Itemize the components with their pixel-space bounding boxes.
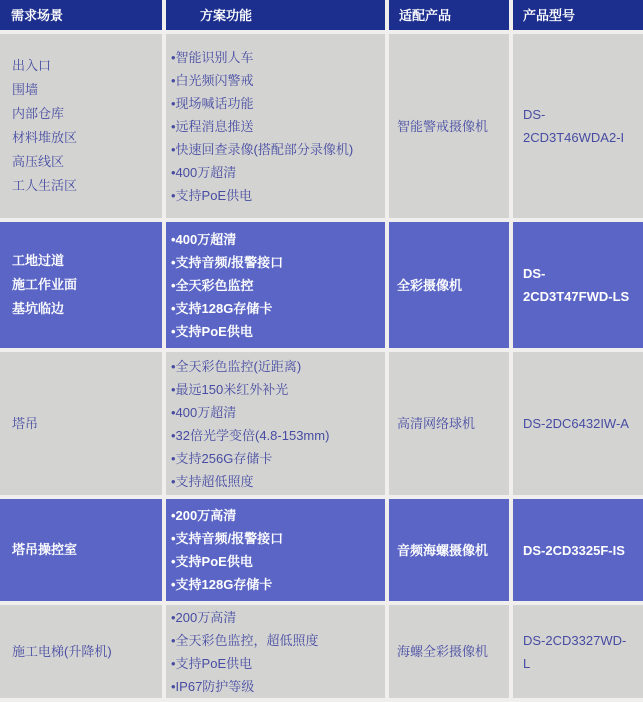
scenario-line: 材料堆放区 <box>12 126 162 150</box>
scenario-line: 高压线区 <box>12 150 162 174</box>
scenario-line: 施工作业面 <box>12 273 162 297</box>
scenario-line: 内部仓库 <box>12 102 162 126</box>
scenario-line: 出入口 <box>12 54 162 78</box>
scenario-list: 塔吊 <box>12 412 162 436</box>
feature-line: •全天彩色监控，超低照度 <box>171 629 385 652</box>
product-cell: 海螺全彩摄像机 <box>389 605 509 698</box>
model-cell: DS-2CD3327WD-L <box>513 605 643 698</box>
feature-list: •400万超清•支持音频/报警接口•全天彩色监控•支持128G存储卡•支持PoE… <box>171 228 385 343</box>
model-cell: DS-2DC6432IW-A <box>513 352 643 495</box>
scenario-list: 工地过道施工作业面基坑临边 <box>12 249 162 321</box>
feature-line: •支持PoE供电 <box>171 550 385 573</box>
scenario-cell: 出入口围墙内部仓库材料堆放区高压线区工人生活区 <box>0 34 162 218</box>
scenario-cell: 塔吊 <box>0 352 162 495</box>
feature-line: •400万超清 <box>171 161 385 184</box>
scenario-line: 围墙 <box>12 78 162 102</box>
camera-solution-table-page: 需求场景 方案功能 适配产品 产品型号 出入口围墙内部仓库材料堆放区高压线区工人… <box>0 0 643 702</box>
column-header-product: 适配产品 <box>389 0 509 30</box>
scenario-cell: 塔吊操控室 <box>0 499 162 601</box>
feature-line: •支持PoE供电 <box>171 320 385 343</box>
scenario-line: 塔吊 <box>12 412 162 436</box>
feature-line: •支持PoE供电 <box>171 652 385 675</box>
scenario-line: 基坑临边 <box>12 297 162 321</box>
features-cell: •400万超清•支持音频/报警接口•全天彩色监控•支持128G存储卡•支持PoE… <box>166 222 385 348</box>
feature-list: •智能识别人车•白光频闪警戒•现场喊话功能•远程消息推送•快速回查录像(搭配部分… <box>171 46 385 207</box>
feature-line: •支持音频/报警接口 <box>171 527 385 550</box>
feature-line: •全天彩色监控 <box>171 274 385 297</box>
feature-line: •快速回查录像(搭配部分录像机) <box>171 138 385 161</box>
feature-line: •支持超低照度 <box>171 470 385 493</box>
product-cell: 高清网络球机 <box>389 352 509 495</box>
feature-line: •400万超清 <box>171 228 385 251</box>
product-table: 需求场景 方案功能 适配产品 产品型号 出入口围墙内部仓库材料堆放区高压线区工人… <box>0 0 643 698</box>
scenario-list: 塔吊操控室 <box>12 538 162 562</box>
scenario-line: 工地过道 <box>12 249 162 273</box>
scenario-line: 塔吊操控室 <box>12 538 162 562</box>
product-cell: 全彩摄像机 <box>389 222 509 348</box>
feature-line: •最远150米红外补光 <box>171 378 385 401</box>
feature-list: •200万高清•全天彩色监控，超低照度•支持PoE供电•IP67防护等级 <box>171 606 385 698</box>
feature-line: •白光频闪警戒 <box>171 69 385 92</box>
feature-line: •IP67防护等级 <box>171 675 385 698</box>
features-cell: •200万高清•全天彩色监控，超低照度•支持PoE供电•IP67防护等级 <box>166 605 385 698</box>
feature-line: •智能识别人车 <box>171 46 385 69</box>
scenario-list: 出入口围墙内部仓库材料堆放区高压线区工人生活区 <box>12 54 162 198</box>
feature-line: •远程消息推送 <box>171 115 385 138</box>
column-header-scenario: 需求场景 <box>0 0 162 30</box>
product-cell: 智能警戒摄像机 <box>389 34 509 218</box>
features-cell: •智能识别人车•白光频闪警戒•现场喊话功能•远程消息推送•快速回查录像(搭配部分… <box>166 34 385 218</box>
feature-line: •现场喊话功能 <box>171 92 385 115</box>
model-cell: DS-2CD3T46WDA2-I <box>513 34 643 218</box>
feature-line: •32倍光学变倍(4.8-153mm) <box>171 424 385 447</box>
feature-line: •全天彩色监控(近距离) <box>171 355 385 378</box>
scenario-line: 工人生活区 <box>12 174 162 198</box>
feature-line: •400万超清 <box>171 401 385 424</box>
product-cell: 音频海螺摄像机 <box>389 499 509 601</box>
feature-line: •支持128G存储卡 <box>171 573 385 596</box>
column-header-features: 方案功能 <box>166 0 385 30</box>
feature-line: •支持128G存储卡 <box>171 297 385 320</box>
scenario-cell: 工地过道施工作业面基坑临边 <box>0 222 162 348</box>
feature-list: •全天彩色监控(近距离)•最远150米红外补光•400万超清•32倍光学变倍(4… <box>171 355 385 493</box>
feature-line: •支持256G存储卡 <box>171 447 385 470</box>
features-cell: •200万高清•支持音频/报警接口•支持PoE供电•支持128G存储卡 <box>166 499 385 601</box>
scenario-line: 施工电梯(升降机) <box>12 640 162 664</box>
scenario-list: 施工电梯(升降机) <box>12 640 162 664</box>
feature-line: •支持PoE供电 <box>171 184 385 207</box>
model-cell: DS-2CD3T47FWD-LS <box>513 222 643 348</box>
scenario-cell: 施工电梯(升降机) <box>0 605 162 698</box>
feature-list: •200万高清•支持音频/报警接口•支持PoE供电•支持128G存储卡 <box>171 504 385 596</box>
feature-line: •200万高清 <box>171 504 385 527</box>
feature-line: •支持音频/报警接口 <box>171 251 385 274</box>
column-header-model: 产品型号 <box>513 0 643 30</box>
model-cell: DS-2CD3325F-IS <box>513 499 643 601</box>
features-cell: •全天彩色监控(近距离)•最远150米红外补光•400万超清•32倍光学变倍(4… <box>166 352 385 495</box>
feature-line: •200万高清 <box>171 606 385 629</box>
